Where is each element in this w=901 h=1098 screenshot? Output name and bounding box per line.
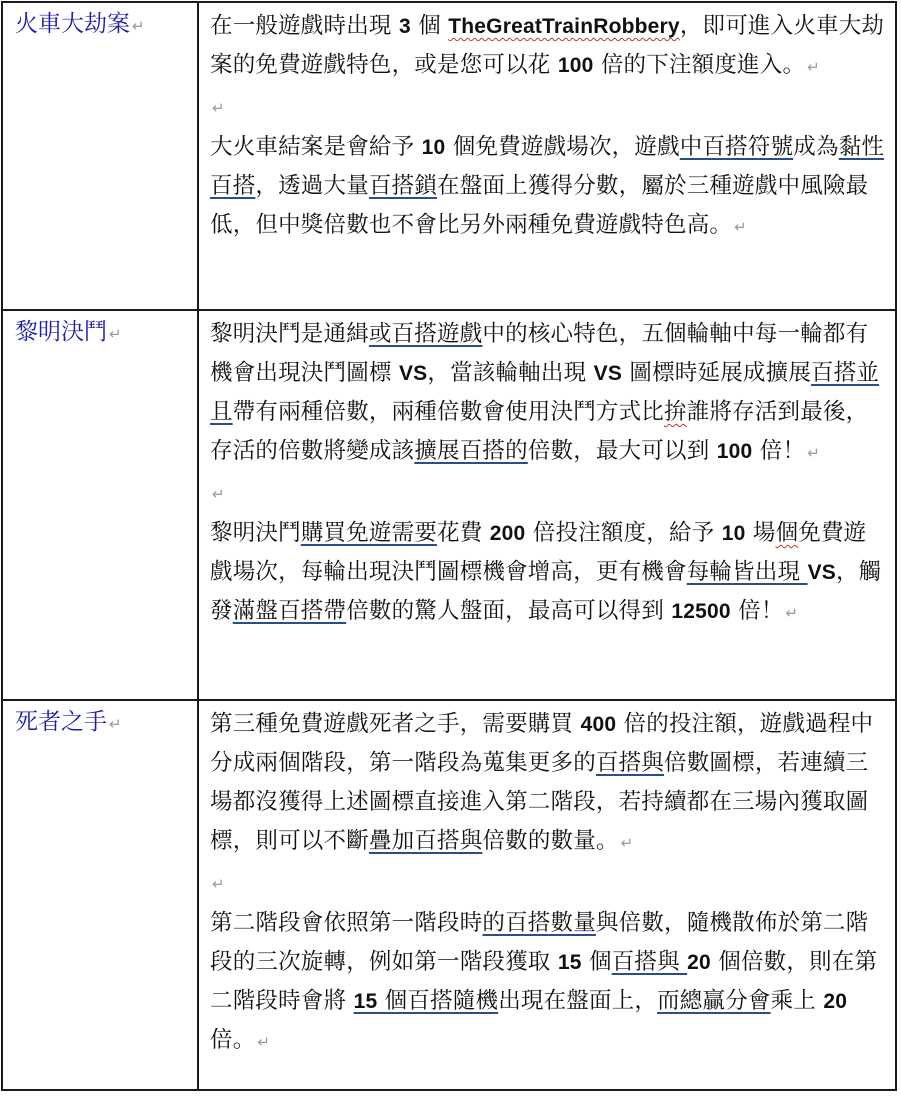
text-run: 個免費遊戲場次，遊戲 [445,134,679,160]
text-run: 而總贏分會 [657,988,771,1014]
text-run: 乘上 [771,988,824,1014]
paragraph-mark-icon: ↵ [109,325,122,343]
text-run: 個 [776,520,799,546]
text-run: 出現在盤面上， [498,988,657,1014]
description-paragraph: ↵ [210,87,885,128]
paragraph-mark-icon: ↵ [807,444,820,462]
text-run: 帶有兩種倍數，兩種倍數會使用決鬥方式比 [233,399,664,425]
text-run: 黎明決鬥 [210,520,301,546]
description-paragraph: ↵ [210,863,885,904]
paragraph-mark-icon: ↵ [109,715,122,733]
text-run: VS [594,362,622,385]
text-run: 倍！ [731,598,784,624]
description-paragraph: 第二階段會依照第一階段時的百搭數量與倍數，隨機散佈於第二階段的三次旋轉，例如第一… [210,904,885,1062]
feature-name-cell: 火車大劫案↵ [2,2,198,310]
text-run: 個百搭隨機 [377,988,498,1014]
feature-description-cell: 第三種免費遊戲死者之手，需要購買 400 倍的投注額，遊戲過程中分成兩個階段，第… [198,700,896,1090]
paragraph-mark-icon: ↵ [807,58,820,76]
paragraph-mark-icon: ↵ [786,604,799,622]
text-run: 滿盤百搭帶 [233,598,347,624]
text-run: 第二階段會依照第一階段時 [210,910,482,936]
text-run: 10 [422,136,446,159]
table-row-dawn-duel: 黎明決鬥↵ 黎明決鬥是通緝或百搭遊戲中的核心特色，五個輪軸中每一輪都有機會出現決… [2,310,896,700]
feature-table: 火車大劫案↵ 在一般遊戲時出現 3 個 TheGreatTrainRobbery… [1,1,897,1091]
text-run: 10 [722,522,746,545]
text-run: 倍！ [752,438,805,464]
text-run: 倍數，最大可以到 [528,438,717,464]
text-run: 20 [687,951,711,974]
description-paragraph: 在一般遊戲時出現 3 個 TheGreatTrainRobbery，即可進入火車… [210,7,885,87]
text-run: 15 [558,951,582,974]
text-run: 擴展百搭的 [414,438,528,464]
feature-name-cell: 死者之手↵ [2,700,198,1090]
text-run: 20 [823,990,847,1013]
text-run: 倍。 [210,1027,255,1053]
paragraph-mark-icon: ↵ [212,875,225,893]
text-run: 場 [746,520,776,546]
feature-name: 火車大劫案 [15,11,130,37]
text-run: 倍數的驚人盤面，最高可以得到 [346,598,671,624]
text-run: 倍的下注額度進入。 [594,52,806,78]
text-run: 3 [399,15,411,38]
text-run: 購買免遊需要 [301,520,437,546]
text-run: 第三種免費遊戲死者之手，需要購買 [210,711,581,737]
paragraph-mark-icon: ↵ [621,834,634,852]
text-run: 個 [582,949,612,975]
feature-name-cell: 黎明決鬥↵ [2,310,198,700]
text-run: 在一般遊戲時出現 [210,13,399,39]
text-run: 100 [558,54,594,77]
description-paragraph: 大火車結案是會給予 10 個免費遊戲場次，遊戲中百搭符號成為黏性百搭，透過大量百… [210,128,885,247]
feature-name: 黎明決鬥 [15,319,107,345]
text-run: ，透過大量 [255,173,369,199]
text-run: 個 [411,13,448,39]
text-run: 百搭與 [596,750,664,776]
text-run: 大火車結案是會給予 [210,134,422,160]
text-run: 圖標時延展成擴展 [622,360,811,386]
text-run: 百搭鎖 [369,173,437,199]
description-paragraph: ↵ [210,473,885,514]
text-run: VS [399,362,427,385]
text-run: 的百搭數量 [482,910,596,936]
text-run: 或百搭遊戲 [369,321,483,347]
text-run: 成為 [793,134,838,160]
text-run: 百搭與 [612,949,687,975]
description-paragraph: 第三種免費遊戲死者之手，需要購買 400 倍的投注額，遊戲過程中分成兩個階段，第… [210,705,885,863]
feature-description-cell: 黎明決鬥是通緝或百搭遊戲中的核心特色，五個輪軸中每一輪都有機會出現決鬥圖標 VS… [198,310,896,700]
text-run: 花費 [437,520,490,546]
table-row-dead-mans-hand: 死者之手↵ 第三種免費遊戲死者之手，需要購買 400 倍的投注額，遊戲過程中分成… [2,700,896,1090]
description-paragraph: 黎明決鬥是通緝或百搭遊戲中的核心特色，五個輪軸中每一輪都有機會出現決鬥圖標 VS… [210,315,885,473]
text-run: 每輪皆出現 [687,559,808,585]
text-run: 200 [490,522,526,545]
paragraph-mark-icon: ↵ [734,218,747,236]
text-run: 12500 [671,600,730,623]
text-run: 倍投注額度，給予 [525,520,721,546]
text-run: 疊加百搭與 [369,828,483,854]
text-run: VS [808,561,836,584]
text-run: 倍數的數量。 [482,828,618,854]
text-run: 100 [717,440,753,463]
text-run: 15 [354,990,378,1013]
paragraph-mark-icon: ↵ [212,99,225,117]
text-run: 黎明決鬥是通緝 [210,321,369,347]
paragraph-mark-icon: ↵ [212,485,225,503]
description-paragraph: 黎明決鬥購買免遊需要花費 200 倍投注額度，給予 10 場個免費遊戲場次，每輪… [210,514,885,633]
feature-description-cell: 在一般遊戲時出現 3 個 TheGreatTrainRobbery，即可進入火車… [198,2,896,310]
text-run: TheGreatTrainRobbery [448,15,680,38]
paragraph-mark-icon: ↵ [132,17,145,35]
table-row-train-robbery: 火車大劫案↵ 在一般遊戲時出現 3 個 TheGreatTrainRobbery… [2,2,896,310]
feature-name: 死者之手 [15,709,107,735]
text-run: 拚 [664,399,687,425]
paragraph-mark-icon: ↵ [257,1033,270,1051]
text-run: 中百搭符號 [680,134,794,160]
text-run: 400 [581,713,617,736]
text-run: ，當該輪軸出現 [427,360,593,386]
